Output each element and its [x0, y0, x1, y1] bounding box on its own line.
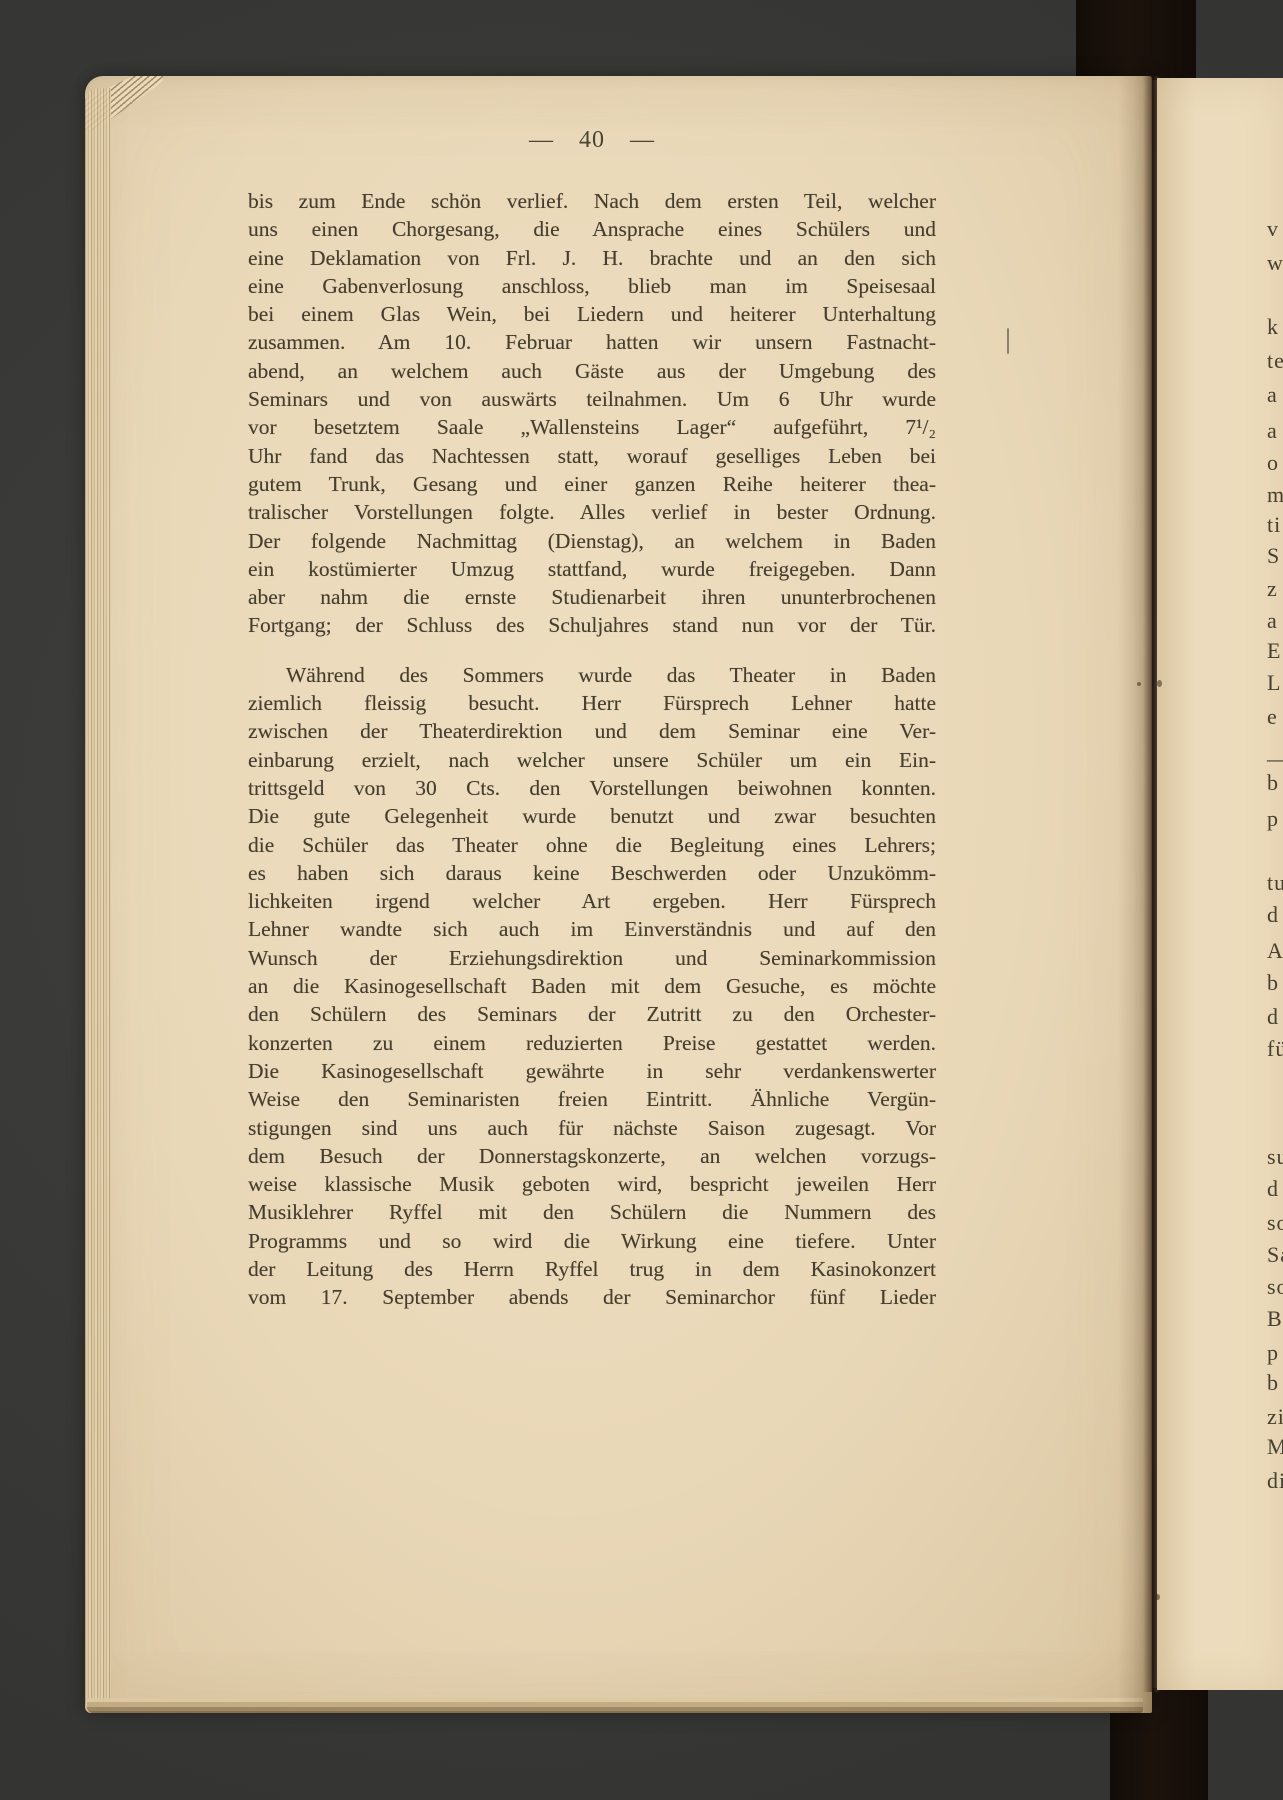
- adjacent-page-text-fragment: A: [1267, 940, 1283, 962]
- adjacent-page-text-fragment: E: [1267, 640, 1281, 662]
- adjacent-page-text-fragment: p: [1267, 808, 1279, 830]
- print-artifact: [1007, 328, 1009, 354]
- text-line: es haben sich daraus keine Beschwerden o…: [248, 859, 936, 887]
- text-line: Die gute Gelegenheit wurde benutzt und z…: [248, 802, 936, 830]
- adjacent-page-text-fragment: p: [1267, 1342, 1279, 1364]
- text-line: eine Gabenverlosung anschloss, blieb man…: [248, 272, 936, 300]
- text-line: bis zum Ende schön verlief. Nach dem ers…: [248, 187, 936, 215]
- text-line: gutem Trunk, Gesang und einer ganzen Rei…: [248, 470, 936, 498]
- right-page-edge: vwkteaaomtiSzaELe—bptudAbdfüsudsoSasoBpb…: [1157, 78, 1283, 1690]
- paper-blemish: [1137, 682, 1141, 686]
- text-line: die Schüler das Theater ohne die Begleit…: [248, 831, 936, 859]
- text-line: Weise den Seminaristen freien Eintritt. …: [248, 1085, 936, 1113]
- text-line: Seminars und von auswärts teilnahmen. Um…: [248, 385, 936, 413]
- text-line: zwischen der Theaterdirektion und dem Se…: [248, 717, 936, 745]
- paragraph: bis zum Ende schön verlief. Nach dem ers…: [248, 187, 936, 640]
- text-line: lichkeiten irgend welcher Art ergeben. H…: [248, 887, 936, 915]
- adjacent-page-text-fragment: b: [1267, 972, 1279, 994]
- text-line: konzerten zu einem reduzierten Preise ge…: [248, 1029, 936, 1057]
- adjacent-page-text-fragment: so: [1267, 1276, 1283, 1298]
- page-number: — 40 —: [248, 127, 936, 154]
- adjacent-page-text-fragment: fü: [1267, 1038, 1283, 1060]
- adjacent-page-text-fragment: b: [1267, 1372, 1279, 1394]
- adjacent-page-text-fragment: tu: [1267, 872, 1283, 894]
- text-line: bei einem Glas Wein, bei Liedern und hei…: [248, 300, 936, 328]
- paper-blemish: [1155, 1594, 1160, 1600]
- adjacent-page-text-fragment: a: [1267, 420, 1278, 442]
- text-line: stigungen sind uns auch für nächste Sais…: [248, 1114, 936, 1142]
- adjacent-page-text-fragment: S: [1267, 545, 1280, 567]
- text-line: ziemlich fleissig besucht. Herr Fürsprec…: [248, 689, 936, 717]
- text-line: einbarung erzielt, nach welcher unsere S…: [248, 746, 936, 774]
- adjacent-page-text-fragment: b: [1267, 772, 1279, 794]
- adjacent-page-text-fragment: Sa: [1267, 1244, 1283, 1266]
- adjacent-page-text-fragment: di: [1267, 1470, 1283, 1492]
- adjacent-page-text-fragment: k: [1267, 316, 1279, 338]
- text-line: vor besetztem Saale „Wallensteins Lager“…: [248, 413, 936, 441]
- text-line: den Schülern des Seminars der Zutritt zu…: [248, 1000, 936, 1028]
- adjacent-page-text-fragment: z: [1267, 578, 1278, 600]
- paper-blemish: [1157, 680, 1162, 687]
- adjacent-page-text-fragment: so: [1267, 1212, 1283, 1234]
- left-page: — 40 — bis zum Ende schön verlief. Nach …: [85, 76, 1152, 1713]
- scanned-book-photo: — 40 — bis zum Ende schön verlief. Nach …: [0, 0, 1283, 1800]
- adjacent-page-text-fragment: o: [1267, 452, 1279, 474]
- book-strap-top: [1076, 0, 1196, 80]
- text-line: ein kostümierter Umzug stattfand, wurde …: [248, 555, 936, 583]
- adjacent-page-text-fragment: m: [1267, 484, 1283, 506]
- text-line: tralischer Vorstellungen folgte. Alles v…: [248, 498, 936, 526]
- text-line: zusammen. Am 10. Februar hatten wir unse…: [248, 328, 936, 356]
- text-line: Der folgende Nachmittag (Dienstag), an w…: [248, 527, 936, 555]
- adjacent-page-text-fragment: B: [1267, 1308, 1283, 1330]
- text-line: trittsgeld von 30 Cts. den Vorstellungen…: [248, 774, 936, 802]
- adjacent-page-text-fragment: L: [1267, 672, 1281, 694]
- adjacent-page-text-fragment: te: [1267, 350, 1283, 372]
- text-line: eine Deklamation von Frl. J. H. brachte …: [248, 244, 936, 272]
- text-line: aber nahm die ernste Studienarbeit ihren…: [248, 583, 936, 611]
- paragraph: Während des Sommers wurde das Theater in…: [248, 661, 936, 1312]
- adjacent-page-text-fragment: a: [1267, 384, 1278, 406]
- text-line: Musiklehrer Ryffel mit den Schülern die …: [248, 1198, 936, 1226]
- text-line: Programms und so wird die Wirkung eine t…: [248, 1227, 936, 1255]
- adjacent-page-text-fragment: e: [1267, 706, 1278, 728]
- adjacent-page-text-fragment: d: [1267, 1178, 1279, 1200]
- adjacent-page-text-fragment: zi: [1267, 1406, 1283, 1428]
- text-line: an die Kasinogesellschaft Baden mit dem …: [248, 972, 936, 1000]
- adjacent-page-text-fragment: —: [1267, 748, 1283, 770]
- text-line: abend, an welchem auch Gäste aus der Umg…: [248, 357, 936, 385]
- text-line: uns einen Chorgesang, die Ansprache eine…: [248, 215, 936, 243]
- adjacent-page-text-fragment: d: [1267, 1006, 1279, 1028]
- page-number-dash-left: —: [529, 127, 554, 153]
- adjacent-page-text-fragment: su: [1267, 1146, 1283, 1168]
- text-line: Während des Sommers wurde das Theater in…: [248, 661, 936, 689]
- sheet-edges-bottom: [87, 1698, 1143, 1713]
- body-text: bis zum Ende schön verlief. Nach dem ers…: [248, 187, 936, 1312]
- adjacent-page-text-fragment: ti: [1267, 514, 1281, 536]
- text-line: Wunsch der Erziehungsdirektion und Semin…: [248, 944, 936, 972]
- page-number-dash-right: —: [630, 127, 655, 153]
- adjacent-page-text-fragment: M: [1267, 1436, 1283, 1458]
- adjacent-page-text-fragment: w: [1267, 252, 1283, 274]
- adjacent-page-text-fragment: v: [1267, 218, 1279, 240]
- adjacent-page-text-fragment: a: [1267, 610, 1278, 632]
- text-line: vom 17. September abends der Seminarchor…: [248, 1283, 936, 1311]
- text-line: Fortgang; der Schluss des Schuljahres st…: [248, 611, 936, 639]
- text-line: Die Kasinogesellschaft gewährte in sehr …: [248, 1057, 936, 1085]
- text-line: Uhr fand das Nachtessen statt, worauf ge…: [248, 442, 936, 470]
- text-line: Lehner wandte sich auch im Einverständni…: [248, 915, 936, 943]
- adjacent-page-text-fragment: d: [1267, 904, 1279, 926]
- text-line: dem Besuch der Donnerstagskonzerte, an w…: [248, 1142, 936, 1170]
- sheet-edges-left: [85, 88, 111, 1707]
- text-line: der Leitung des Herrn Ryffel trug in dem…: [248, 1255, 936, 1283]
- page-number-value: 40: [579, 127, 605, 153]
- text-line: weise klassische Musik geboten wird, bes…: [248, 1170, 936, 1198]
